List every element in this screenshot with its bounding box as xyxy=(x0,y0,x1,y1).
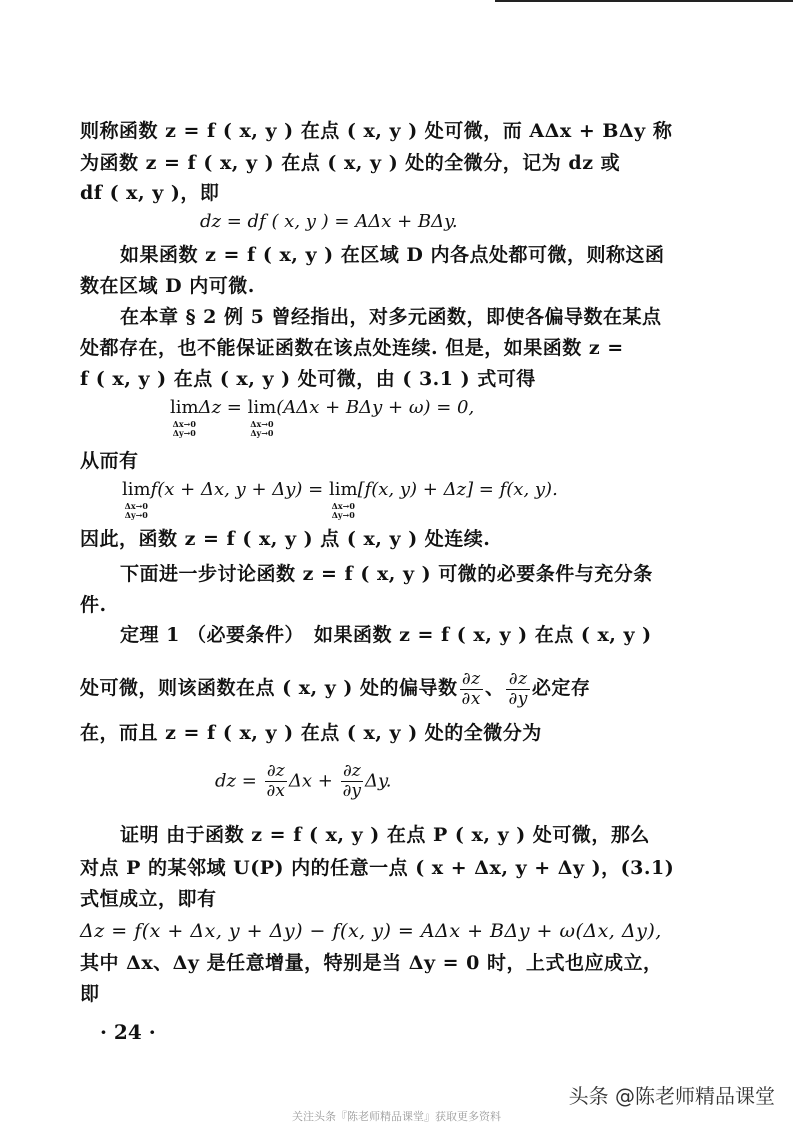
paragraph-line: 数在区域 D 内可微. xyxy=(80,273,255,299)
equation-limit-dz: lim Δx→0 Δy→0 Δz = lim Δx→0 Δy→0 (AΔx + … xyxy=(170,396,474,438)
partial-fraction: ∂z∂y xyxy=(506,670,529,709)
partial-fraction: ∂z∂x xyxy=(460,670,483,709)
proof-equation: Δz = f(x + Δx, y + Δy) − f(x, y) = AΔx +… xyxy=(80,918,662,944)
proof-line: 证明 由于函数 z = f ( x, y ) 在点 P ( x, y ) 处可微… xyxy=(80,822,650,848)
limit-operator: lim Δx→0 Δy→0 xyxy=(248,396,277,438)
paragraph-line: 在本章 § 2 例 5 曾经指出，对多元函数，即使各偏导数在某点 xyxy=(80,304,661,330)
paragraph-line: 则称函数 z = f ( x, y ) 在点 ( x, y ) 处可微，而 AΔ… xyxy=(80,118,672,144)
theorem-line: 定理 1 （必要条件） 如果函数 z = f ( x, y ) 在点 ( x, … xyxy=(80,622,652,648)
proof-line: 式恒成立，即有 xyxy=(80,886,217,912)
paragraph-line: 从而有 xyxy=(80,448,139,474)
paragraph-line: 件. xyxy=(80,592,107,618)
equation-total-differential: dz = df ( x, y ) = AΔx + BΔy. xyxy=(200,210,458,234)
equation-total-differential-partials: dz = ∂z∂xΔx + ∂z∂yΔy. xyxy=(215,762,392,801)
equation-limit-continuity: lim Δx→0 Δy→0 f(x + Δx, y + Δy) = lim Δx… xyxy=(122,478,558,520)
partial-fraction: ∂z∂x xyxy=(265,762,287,801)
paragraph-line: f ( x, y ) 在点 ( x, y ) 处可微，由 ( 3.1 ) 式可得 xyxy=(80,366,536,392)
proof-line: 对点 P 的某邻域 U(P) 内的任意一点 ( x + Δx, y + Δy )… xyxy=(80,855,674,881)
paragraph-line: 如果函数 z = f ( x, y ) 在区域 D 内各点处都可微，则称这函 xyxy=(80,242,664,268)
proof-line: 其中 Δx、Δy 是任意增量，特别是当 Δy = 0 时，上式也应成立， xyxy=(80,950,662,976)
limit-operator: lim Δx→0 Δy→0 xyxy=(122,478,151,520)
proof-label: 证明 xyxy=(120,824,159,846)
theorem-line: 在，而且 z = f ( x, y ) 在点 ( x, y ) 处的全微分为 xyxy=(80,720,542,746)
paragraph-line: 为函数 z = f ( x, y ) 在点 ( x, y ) 处的全微分，记为 … xyxy=(80,150,620,176)
limit-operator: lim Δx→0 Δy→0 xyxy=(329,478,358,520)
limit-operator: lim Δx→0 Δy→0 xyxy=(170,396,199,438)
proof-line: 即 xyxy=(80,981,100,1007)
scan-edge-rule xyxy=(495,0,793,2)
paragraph-line: 下面进一步讨论函数 z = f ( x, y ) 可微的必要条件与充分条 xyxy=(80,561,653,587)
theorem-label: 定理 1 xyxy=(120,624,180,646)
footer-note: 关注头条『陈老师精品课堂』获取更多资料 xyxy=(0,1108,793,1123)
page-number: · 24 · xyxy=(100,1020,156,1044)
theorem-line: 处可微，则该函数在点 ( x, y ) 处的偏导数∂z∂x、∂z∂y必定存 xyxy=(80,668,590,709)
partial-fraction: ∂z∂y xyxy=(341,762,363,801)
paragraph-line: df ( x, y )，即 xyxy=(80,180,219,206)
paragraph-line: 因此，函数 z = f ( x, y ) 点 ( x, y ) 处连续. xyxy=(80,526,490,552)
paragraph-line: 处都存在，也不能保证函数在该点处连续. 但是，如果函数 z = xyxy=(80,335,624,361)
watermark: 头条 @陈老师精品课堂 xyxy=(569,1080,775,1109)
